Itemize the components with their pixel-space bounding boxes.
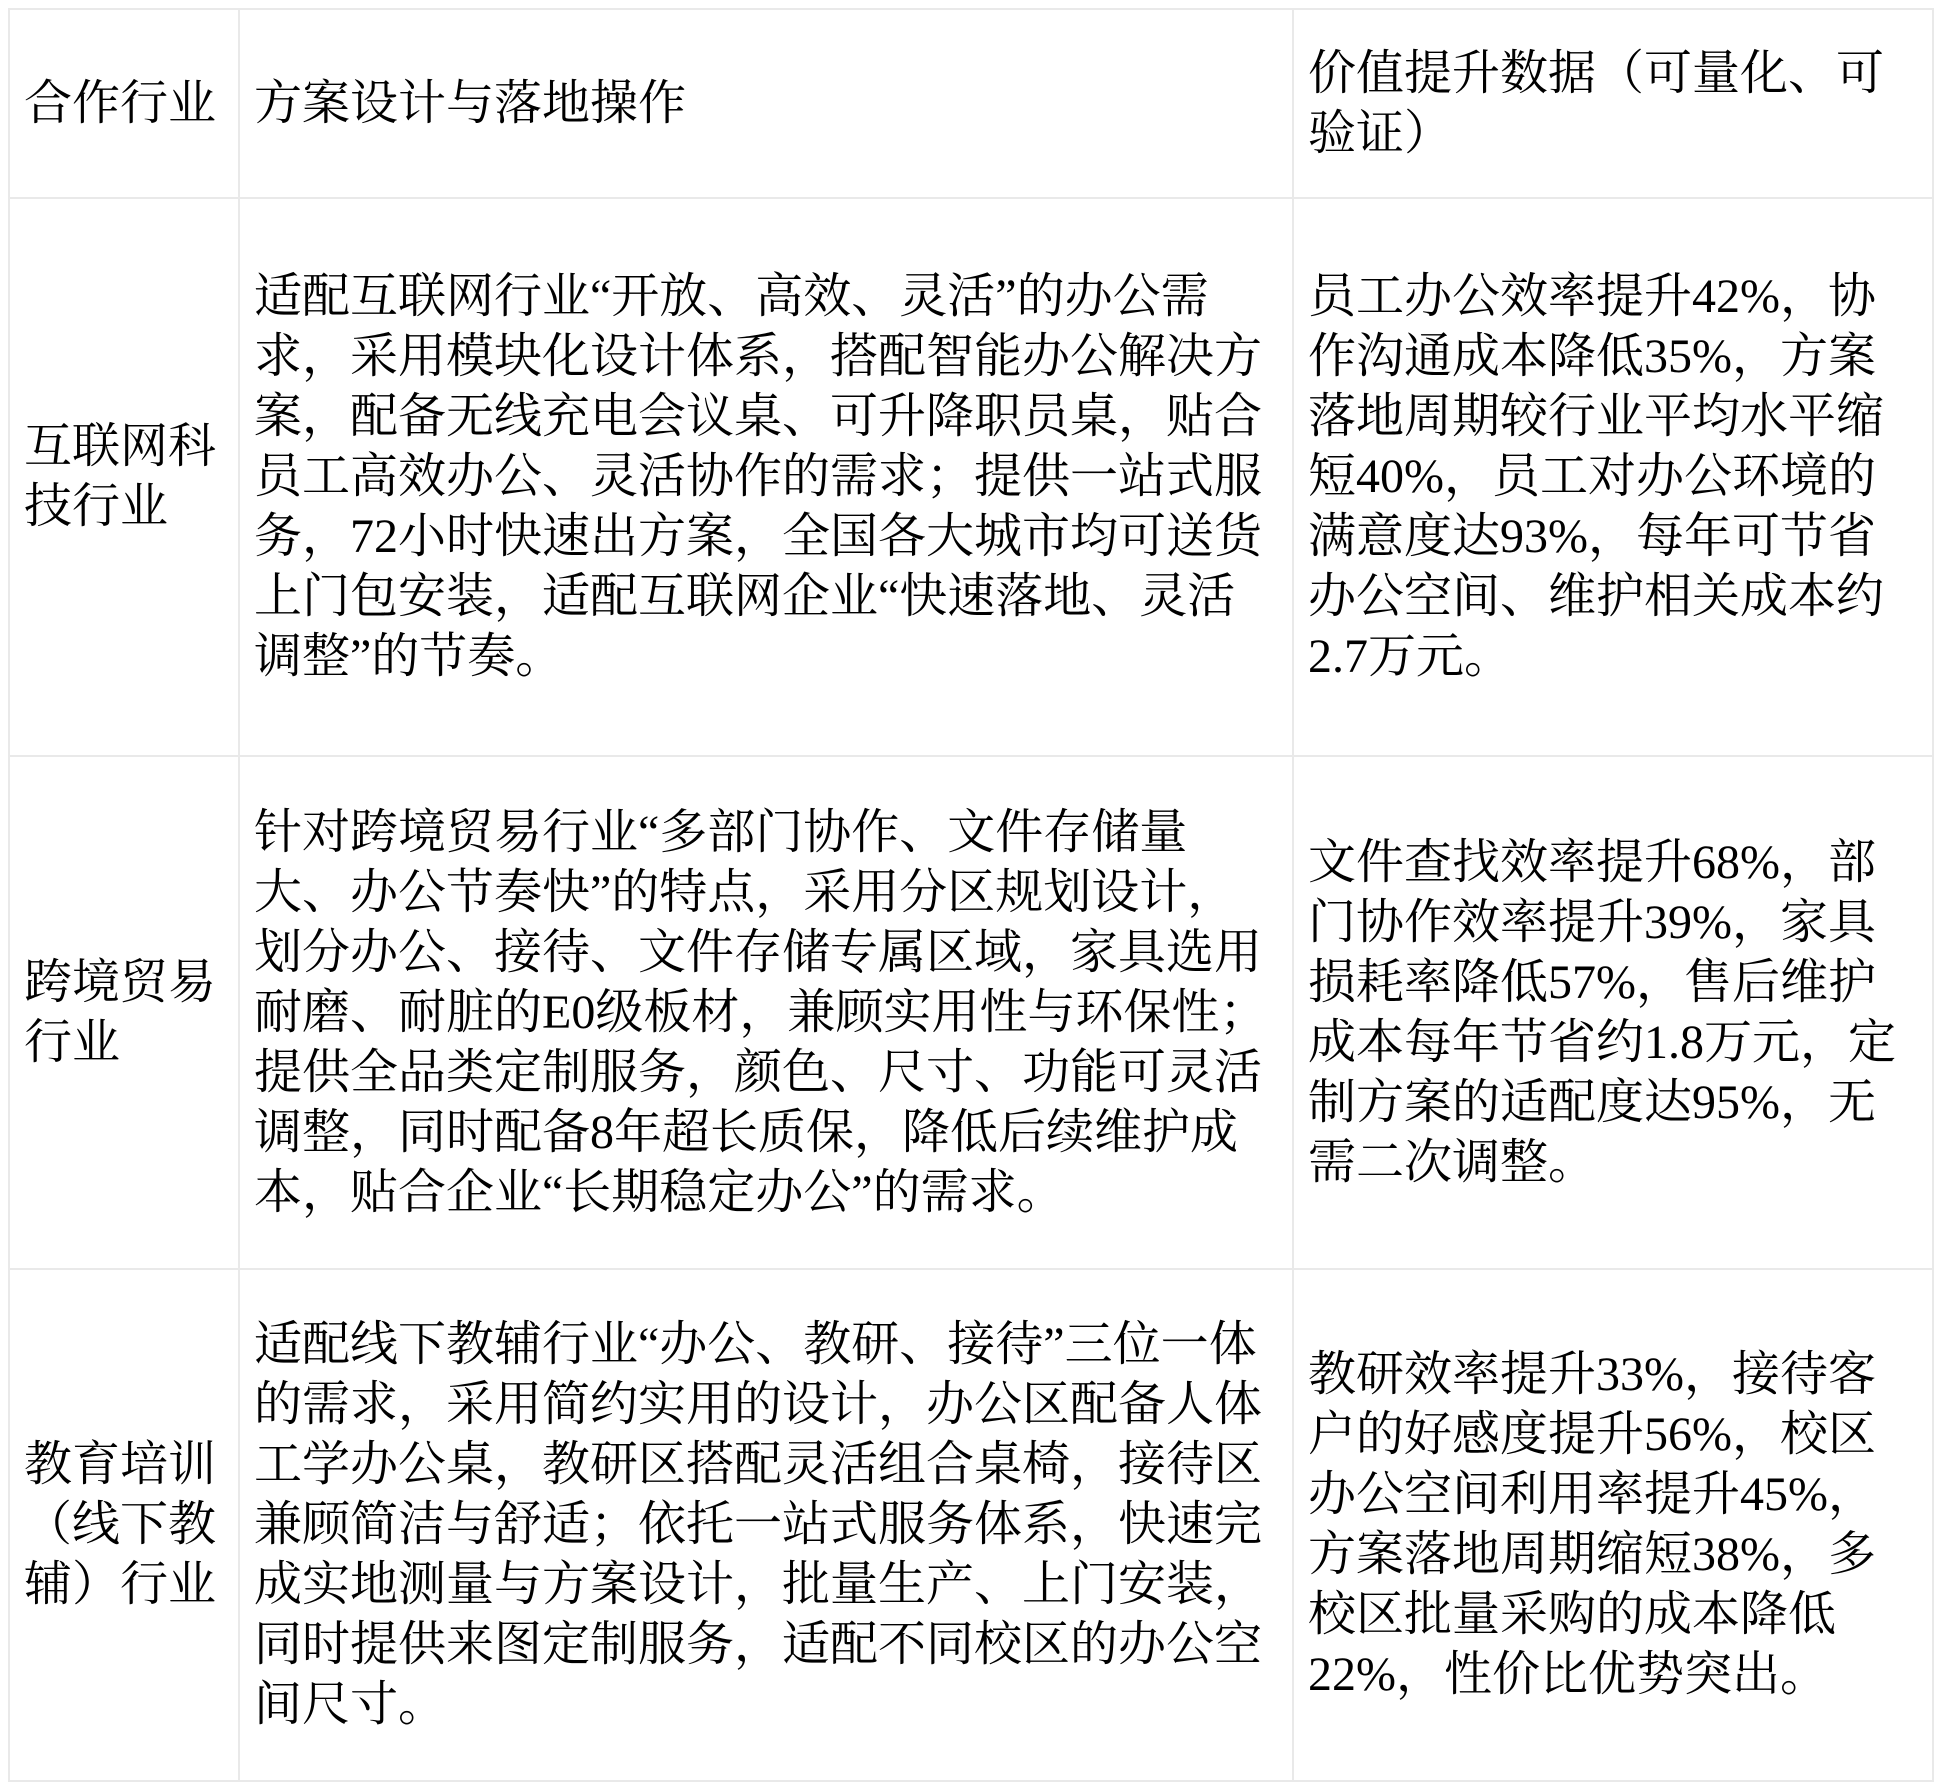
solution-cell: 适配互联网行业“开放、高效、灵活”的办公需求，采用模块化设计体系，搭配智能办公解… [239,198,1293,756]
industry-cell: 跨境贸易行业 [9,756,239,1269]
cooperation-industry-table: 合作行业 方案设计与落地操作 价值提升数据（可量化、可验证） 互联网科技行业 适… [8,8,1934,1782]
header-cell-value-data: 价值提升数据（可量化、可验证） [1293,9,1933,198]
value-data-cell: 文件查找效率提升68%，部门协作效率提升39%，家具损耗率降低57%，售后维护成… [1293,756,1933,1269]
solution-cell: 适配线下教辅行业“办公、教研、接待”三位一体的需求，采用简约实用的设计，办公区配… [239,1269,1293,1781]
table-row-internet-tech: 互联网科技行业 适配互联网行业“开放、高效、灵活”的办公需求，采用模块化设计体系… [9,198,1933,756]
header-cell-industry: 合作行业 [9,9,239,198]
table-row-cross-border-trade: 跨境贸易行业 针对跨境贸易行业“多部门协作、文件存储量大、办公节奏快”的特点，采… [9,756,1933,1269]
value-data-cell: 员工办公效率提升42%，协作沟通成本降低35%，方案落地周期较行业平均水平缩短4… [1293,198,1933,756]
industry-cell: 教育培训（线下教辅）行业 [9,1269,239,1781]
table-header-row: 合作行业 方案设计与落地操作 价值提升数据（可量化、可验证） [9,9,1933,198]
value-data-cell: 教研效率提升33%，接待客户的好感度提升56%，校区办公空间利用率提升45%，方… [1293,1269,1933,1781]
solution-cell: 针对跨境贸易行业“多部门协作、文件存储量大、办公节奏快”的特点，采用分区规划设计… [239,756,1293,1269]
industry-cell: 互联网科技行业 [9,198,239,756]
document-page: 合作行业 方案设计与落地操作 价值提升数据（可量化、可验证） 互联网科技行业 适… [0,0,1940,1788]
header-cell-solution: 方案设计与落地操作 [239,9,1293,198]
table-row-education-training: 教育培训（线下教辅）行业 适配线下教辅行业“办公、教研、接待”三位一体的需求，采… [9,1269,1933,1781]
